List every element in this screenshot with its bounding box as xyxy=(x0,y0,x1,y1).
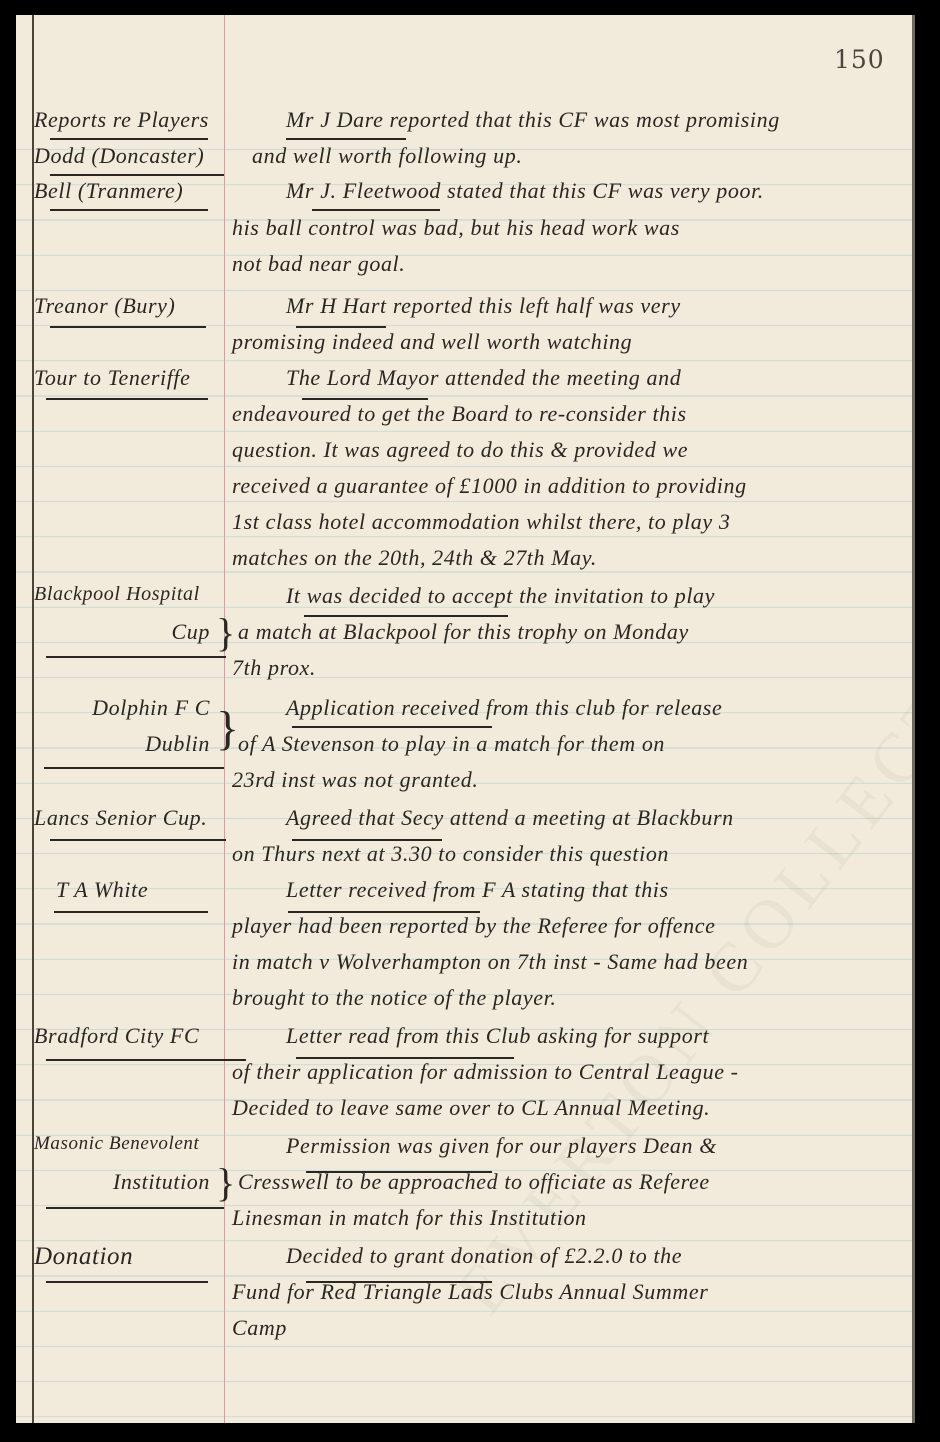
margin-heading: Dolphin F C xyxy=(30,695,210,721)
brace-icon: } xyxy=(216,705,239,753)
heading-underline xyxy=(46,1281,208,1283)
minute-line: received a guarantee of £1000 in additio… xyxy=(232,473,747,499)
margin-heading: Lancs Senior Cup. xyxy=(34,805,207,831)
minute-line: 7th prox. xyxy=(232,655,316,681)
heading-underline xyxy=(46,656,226,658)
minute-line: Decided to grant donation of £2.2.0 to t… xyxy=(286,1243,682,1269)
margin-heading: Dublin xyxy=(30,731,210,757)
minute-line: Letter read from this Club asking for su… xyxy=(286,1023,709,1049)
minute-line: 1st class hotel accommodation whilst the… xyxy=(232,509,730,535)
minute-line: brought to the notice of the player. xyxy=(232,985,556,1011)
margin-heading: Dodd (Doncaster) xyxy=(34,143,204,169)
minute-line: promising indeed and well worth watching xyxy=(232,329,632,355)
text-underline xyxy=(302,398,428,400)
heading-underline xyxy=(44,767,224,769)
text-underline xyxy=(304,615,508,617)
minute-line: Cresswell to be approached to officiate … xyxy=(238,1169,710,1195)
minute-line: 23rd inst was not granted. xyxy=(232,767,478,793)
heading-underline xyxy=(50,326,206,328)
minute-line: It was decided to accept the invitation … xyxy=(286,583,715,609)
minute-line: Agreed that Secy attend a meeting at Bla… xyxy=(286,805,734,831)
margin-heading: Treanor (Bury) xyxy=(34,293,175,319)
page-number: 150 xyxy=(834,45,885,74)
margin-heading: Bradford City FC xyxy=(34,1023,199,1049)
brace-icon: } xyxy=(216,613,235,653)
margin-heading: Tour to Teneriffe xyxy=(34,365,191,391)
minute-line: on Thurs next at 3.30 to consider this q… xyxy=(232,841,669,867)
text-underline xyxy=(296,326,386,328)
minute-line: Mr J Dare reported that this CF was most… xyxy=(286,107,780,133)
minute-line: Letter received from F A stating that th… xyxy=(286,877,669,903)
ledger-page: EVERTON COLLECTION CHARITABLE TRUST 150 … xyxy=(16,15,915,1423)
brace-icon: } xyxy=(216,1163,235,1203)
text-underline xyxy=(312,209,440,211)
minute-line: Camp xyxy=(232,1315,287,1341)
minute-line: Fund for Red Triangle Lads Clubs Annual … xyxy=(232,1279,708,1305)
heading-underline xyxy=(50,138,208,140)
heading-underline xyxy=(46,1059,246,1061)
heading-underline xyxy=(50,174,224,176)
minute-line: matches on the 20th, 24th & 27th May. xyxy=(232,545,597,571)
text-underline xyxy=(286,138,406,140)
minute-line: player had been reported by the Referee … xyxy=(232,913,715,939)
heading-underline xyxy=(46,1207,224,1209)
heading-underline xyxy=(50,839,226,841)
minute-line: and well worth following up. xyxy=(252,143,522,169)
margin-heading: Masonic Benevolent xyxy=(34,1133,199,1155)
margin-heading: Bell (Tranmere) xyxy=(34,178,183,204)
minute-line: Mr J. Fleetwood stated that this CF was … xyxy=(286,178,764,204)
minute-line: Permission was given for our players Dea… xyxy=(286,1133,717,1159)
minute-line: of A Stevenson to play in a match for th… xyxy=(238,731,665,757)
margin-heading: Reports re Players xyxy=(34,107,209,133)
text-underline xyxy=(292,726,492,728)
margin-heading: Institution xyxy=(30,1169,210,1195)
minute-line: The Lord Mayor attended the meeting and xyxy=(286,365,681,391)
minute-line: not bad near goal. xyxy=(232,251,405,277)
minute-line: Mr H Hart reported this left half was ve… xyxy=(286,293,681,319)
margin-heading: Cup xyxy=(30,619,210,645)
heading-underline xyxy=(46,398,208,400)
minute-line: endeavoured to get the Board to re-consi… xyxy=(232,401,687,427)
minute-line: a match at Blackpool for this trophy on … xyxy=(238,619,689,645)
minute-line: question. It was agreed to do this & pro… xyxy=(232,437,688,463)
heading-underline xyxy=(50,209,208,211)
margin-heading: Blackpool Hospital xyxy=(34,583,200,606)
minute-line: his ball control was bad, but his head w… xyxy=(232,215,680,241)
minute-line: of their application for admission to Ce… xyxy=(232,1059,739,1085)
margin-heading: Donation xyxy=(34,1243,133,1271)
minute-line: Application received from this club for … xyxy=(286,695,722,721)
minute-line: in match v Wolverhampton on 7th inst - S… xyxy=(232,949,748,975)
minute-line: Linesman in match for this Institution xyxy=(232,1205,587,1231)
minute-line: Decided to leave same over to CL Annual … xyxy=(232,1095,710,1121)
margin-heading: T A White xyxy=(56,877,148,903)
heading-underline xyxy=(54,911,208,913)
